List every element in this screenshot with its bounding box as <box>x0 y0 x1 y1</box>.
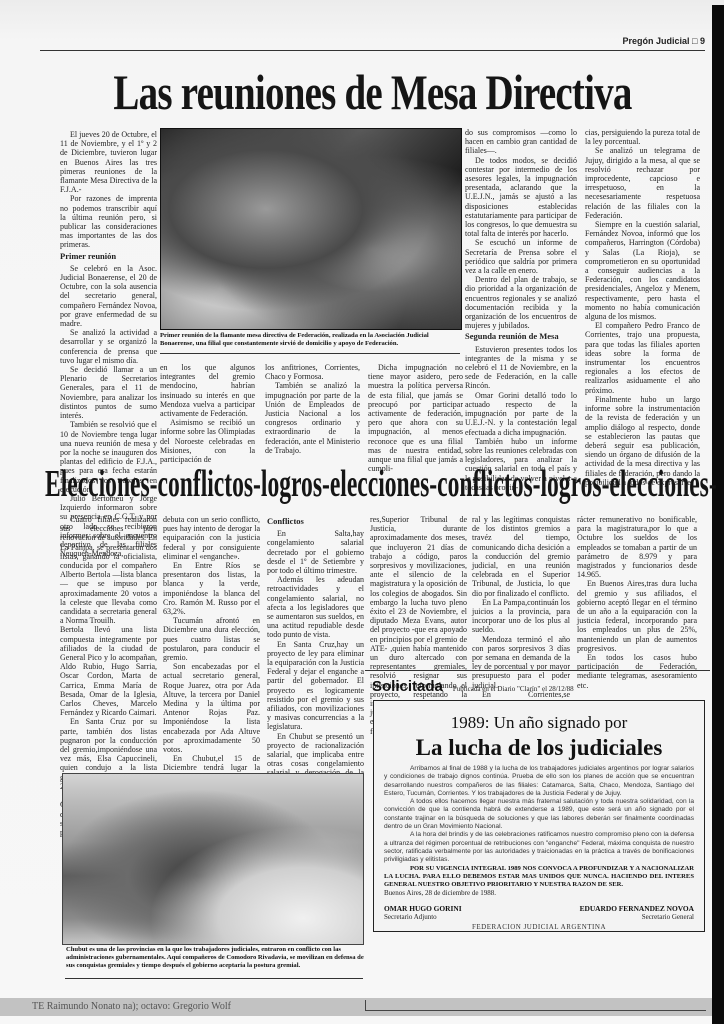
scan-edge <box>712 5 724 1024</box>
footer-bracket <box>365 1000 706 1011</box>
paragraph: Omar Gorini detalló todo lo actuado resp… <box>465 391 577 437</box>
paragraph: Por razones de imprenta no podemos trans… <box>60 194 157 249</box>
photo-bottom-divider <box>65 978 363 979</box>
paragraph: debuta con un serio conflicto, pues hay … <box>163 515 260 561</box>
footer-text: TE Raimundo Nonato na); octavo: Gregorio… <box>32 1001 231 1012</box>
chubut-photo-caption: Chubut es una de las provincias en la qu… <box>66 946 364 970</box>
paragraph: Siempre en la cuestión salarial, Fernánd… <box>585 220 700 321</box>
paragraph: cias, persiguiendo la pureza total de la… <box>585 128 700 146</box>
signatory-role: Secretario General <box>642 913 694 921</box>
newspaper-page: Pregón Judicial □ 9 Las reuniones de Mes… <box>0 0 724 1024</box>
paragraph: en los que algunos integrantes del gremi… <box>160 363 255 418</box>
solicitada-ad-box: 1989: Un año signado por La lucha de los… <box>373 700 705 932</box>
page-header: Pregón Judicial □ 9 <box>40 30 705 51</box>
paragraph: Dentro del plan de trabajo, se dio prior… <box>465 275 577 330</box>
running-head: Pregón Judicial □ 9 <box>623 36 705 46</box>
paragraph: Además les adeudan retroactividades y el… <box>267 575 364 639</box>
ad-date: Buenos Aires, 28 de diciembre de 1988. <box>384 889 496 897</box>
publication-note: Publicada en el Diario "Clarín" el 28/12… <box>453 685 574 693</box>
signatory-name: EDUARDO FERNANDEZ NOVOA <box>580 904 694 913</box>
ad-title: La lucha de los judiciales <box>374 735 704 761</box>
solicitada-divider <box>365 670 710 671</box>
paragraph: Son encabezadas por el actual secretario… <box>163 662 260 754</box>
paragraph: Asimismo se recibió un informe sobre las… <box>160 418 255 464</box>
ad-paragraph: Arribamos al final de 1988 y la lucha de… <box>384 765 694 798</box>
paragraph: En todos los casos hubo participación de… <box>577 653 697 690</box>
paragraph: Se analizó la actividad a desarrollar y … <box>60 328 157 365</box>
solicitada-label: Solicitada <box>372 678 443 695</box>
paragraph: Bertola llevó una lista compuesta integr… <box>60 625 157 717</box>
paragraph: En Santa Cruz,hay un proyecto de ley par… <box>267 640 364 732</box>
paragraph: En Entre Ríos se presentaron dos listas,… <box>163 561 260 616</box>
article1-column-3: los anfitriones, Corrientes, Chaco y For… <box>265 363 360 455</box>
ad-caps-paragraph: POR SU VIGENCIA INTEGRAL 1989 NOS CONVOC… <box>384 865 694 890</box>
paragraph: En Buenos Aires,tras dura lucha del grem… <box>577 579 697 653</box>
paragraph: ral y las legítimas conquistas de los di… <box>472 515 570 598</box>
paragraph: Se decidió llamar a un Plenario de Secre… <box>60 365 157 420</box>
subheading: Conflictos <box>267 517 364 526</box>
paragraph: Tucumán afrontó en Diciembre una dura el… <box>163 616 260 662</box>
subheading: Primer reunión <box>60 252 157 261</box>
chubut-protest-photo <box>62 773 364 945</box>
meeting-photo-caption: Primer reunión de la flamante mesa direc… <box>160 332 460 348</box>
solicitada-header: Solicitada Publicada en el Diario "Clarí… <box>372 678 574 696</box>
organization-name: FEDERACION JUDICIAL ARGENTINA <box>374 923 704 931</box>
signature-left: OMAR HUGO GORINI Secretario Adjunto <box>384 905 462 921</box>
signatory-role: Secretario Adjunto <box>384 913 437 921</box>
paragraph: También se analizó la impugnación por pa… <box>265 381 360 455</box>
article2-headline: Elecciones-conflictos-logros-elecciones-… <box>45 461 460 507</box>
paragraph: Estuvieron presentes todos los integrant… <box>465 345 577 391</box>
article1-column-5: do sus compromisos —como lo hacen en cam… <box>465 128 577 492</box>
paragraph: En La Pampa,continuán los juicios a la p… <box>472 598 570 635</box>
footer-strip: TE Raimundo Nonato na); octavo: Gregorio… <box>0 998 712 1016</box>
signatory-name: OMAR HUGO GORINI <box>384 904 462 913</box>
paragraph: Se analizó un telegrama de Jujuy, dirigi… <box>585 146 700 220</box>
paragraph: los anfitriones, Corrientes, Chaco y For… <box>265 363 360 381</box>
paragraph: El compañero Pedro Franco de Corrientes,… <box>585 321 700 395</box>
ad-body: Arribamos al final de 1988 y la lucha de… <box>384 765 694 889</box>
ad-paragraph: A la hora del brindis y de las celebraci… <box>384 831 694 864</box>
article1-column-2: en los que algunos integrantes del gremi… <box>160 363 255 464</box>
paragraph: Dicha impugnación no tiene mayor asidero… <box>368 363 463 473</box>
meeting-photo <box>160 128 462 330</box>
subheading: Segunda reunión de Mesa <box>465 332 577 341</box>
paragraph: Se escuchó un informe de Secretaría de P… <box>465 238 577 275</box>
paragraph: Cuatro filiales realizaron sus eleccione… <box>60 515 157 625</box>
signature-right: EDUARDO FERNANDEZ NOVOA Secretario Gener… <box>580 905 694 921</box>
paragraph: rácter remunerativo no bonificable, para… <box>577 515 697 579</box>
article1-column-4: Dicha impugnación no tiene mayor asidero… <box>368 363 463 473</box>
ad-paragraph: A todos ellos hacemos llegar nuestra más… <box>384 798 694 831</box>
paragraph: En Salta,hay congelamiento salarial decr… <box>267 529 364 575</box>
paragraph: De todos modos, se decidió contestar por… <box>465 156 577 239</box>
paragraph: do sus compromisos —como lo hacen en cam… <box>465 128 577 156</box>
article1-column-6: cias, persiguiendo la pureza total de la… <box>585 128 700 487</box>
paragraph: Se celebró en la Asoc. Judicial Bonaeren… <box>60 264 157 328</box>
article1-headline: Las reuniones de Mesa Directiva <box>113 62 632 122</box>
paragraph: El jueves 20 de Octubre, el 11 de Noviem… <box>60 130 157 194</box>
article2-column-6: rácter remunerativo no bonificable, para… <box>577 515 697 690</box>
caption-divider <box>160 353 460 354</box>
ad-subtitle: 1989: Un año signado por <box>374 713 704 733</box>
